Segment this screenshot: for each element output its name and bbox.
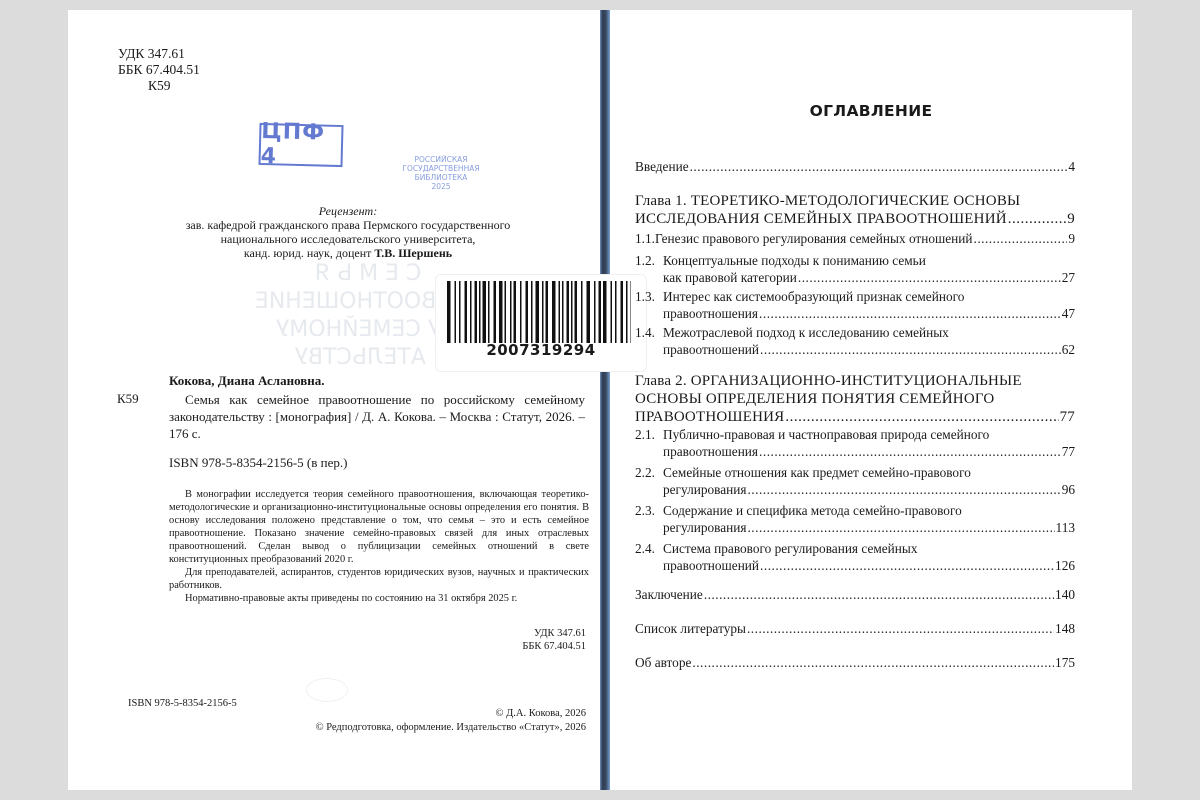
toc-entry-title: Система правового регулирования семейных <box>663 540 917 557</box>
toc-entry-title: Содержание и специфика метода семейно-пр… <box>663 502 962 519</box>
toc-entry[interactable]: 2.2.Семейные отношения как предмет семей… <box>635 464 1075 498</box>
toc-entry-title: правоотношений <box>663 557 759 574</box>
toc-title: ОГЛАВЛЕНИЕ <box>610 102 1132 120</box>
reviewer-line: национального исследовательского универс… <box>128 232 568 246</box>
author-name: Кокова, Диана Аслановна. <box>169 373 325 389</box>
contents-page: ОГЛАВЛЕНИЕ Введение4Глава 1. ТЕОРЕТИКО-М… <box>610 10 1132 790</box>
toc-leader-dots <box>1008 210 1067 228</box>
toc-entry-title: как правовой категории <box>663 269 797 286</box>
toc-page-number: 9 <box>1067 210 1075 228</box>
book-binding <box>600 10 610 790</box>
toc-page-number: 140 <box>1055 586 1075 603</box>
toc-leader-dots <box>798 269 1061 286</box>
toc-leader-dots <box>974 230 1068 247</box>
toc-section-number: 2.1. <box>635 426 663 443</box>
toc-entry-title: ПРАВООТНОШЕНИЯ <box>635 408 784 426</box>
toc-section-number: 2.2. <box>635 464 663 481</box>
toc-leader-dots <box>785 408 1058 426</box>
toc-entry-title: регулирования <box>663 519 746 536</box>
toc-entry-title: регулирования <box>663 481 746 498</box>
toc-leader-dots <box>760 557 1054 574</box>
toc-entry[interactable]: 1.1.Генезис правового регулирования семе… <box>635 230 1075 247</box>
toc-entry-title: Межотраслевой подход к исследованию семе… <box>663 324 949 341</box>
bbk-code: ББК 67.404.51 <box>118 62 200 78</box>
toc-leader-dots <box>692 654 1054 671</box>
toc-entry-title: Введение <box>635 158 689 175</box>
cpf-stamp: ЦПФ 4 <box>258 123 343 167</box>
barcode-icon <box>445 281 635 343</box>
bibliographic-entry: Семья как семейное правоотношение по рос… <box>169 391 585 442</box>
toc-section-number: 1.4. <box>635 324 663 341</box>
toc-leader-dots <box>759 305 1061 322</box>
toc-page-number: 27 <box>1062 269 1075 286</box>
reviewer-line: канд. юрид. наук, доцент Т.В. Шершень <box>128 246 568 260</box>
abstract: В монографии исследуется теория семейног… <box>169 488 589 605</box>
reviewer-name: Т.В. Шершень <box>374 246 452 260</box>
toc-entry-title: Публично-правовая и частноправовая приро… <box>663 426 989 443</box>
abstract-paragraph: Нормативно-правовые акты приведены по со… <box>169 592 589 605</box>
toc-entry[interactable]: Глава 1. ТЕОРЕТИКО-МЕТОДОЛОГИЧЕСКИЕ ОСНО… <box>635 192 1075 228</box>
toc-entry[interactable]: Список литературы148 <box>635 620 1075 637</box>
toc-entry[interactable]: 2.4.Система правового регулирования семе… <box>635 540 1075 574</box>
classification-codes-bottom: УДК 347.61 ББК 67.404.51 <box>522 627 586 653</box>
library-stamp: РОССИЙСКАЯ ГОСУДАРСТВЕННАЯ БИБЛИОТЕКА 20… <box>386 155 496 191</box>
toc-leader-dots <box>690 158 1068 175</box>
toc-entry-title: Глава 2. ОРГАНИЗАЦИОННО-ИНСТИТУЦИОНАЛЬНЫ… <box>635 372 1022 390</box>
toc-section-number: 2.4. <box>635 540 663 557</box>
toc-section-number: 1.1. <box>635 230 655 247</box>
toc-entry[interactable]: 2.3.Содержание и специфика метода семейн… <box>635 502 1075 536</box>
toc-entry-title: Список литературы <box>635 620 746 637</box>
toc-entry[interactable]: Введение4 <box>635 158 1075 175</box>
toc-leader-dots <box>704 586 1054 603</box>
toc-section-number: 1.2. <box>635 252 663 269</box>
author-mark-entry: К59 <box>117 391 139 407</box>
isbn-bottom: ISBN 978-5-8354-2156-5 <box>128 698 237 709</box>
toc-entry-title: Интерес как системообразующий признак се… <box>663 288 964 305</box>
toc-entry-title: Заключение <box>635 586 703 603</box>
toc-page-number: 148 <box>1055 620 1075 637</box>
toc-entry[interactable]: Глава 2. ОРГАНИЗАЦИОННО-ИНСТИТУЦИОНАЛЬНЫ… <box>635 372 1075 426</box>
toc-page-number: 77 <box>1062 443 1075 460</box>
toc-leader-dots <box>760 341 1061 358</box>
author-mark: К59 <box>118 78 200 94</box>
toc-entry[interactable]: 1.3.Интерес как системообразующий призна… <box>635 288 1075 322</box>
toc-page-number: 175 <box>1055 654 1075 671</box>
toc-page-number: 47 <box>1062 305 1075 322</box>
toc-entry-title: правоотношений <box>663 341 759 358</box>
toc-section-number: 2.3. <box>635 502 663 519</box>
toc-entry-title: ОСНОВЫ ОПРЕДЕЛЕНИЯ ПОНЯТИЯ СЕМЕЙНОГО <box>635 390 994 408</box>
toc-page-number: 126 <box>1055 557 1075 574</box>
copyright: © Д.А. Кокова, 2026 © Редподготовка, офо… <box>316 707 586 735</box>
reviewer-line: зав. кафедрой гражданского права Пермско… <box>128 218 568 232</box>
toc-page-number: 62 <box>1062 341 1075 358</box>
toc-leader-dots <box>747 519 1054 536</box>
toc-leader-dots <box>759 443 1061 460</box>
toc-entry-title: Глава 1. ТЕОРЕТИКО-МЕТОДОЛОГИЧЕСКИЕ ОСНО… <box>635 192 1020 210</box>
toc-entry-title: Об авторе <box>635 654 691 671</box>
toc-leader-dots <box>747 481 1060 498</box>
toc-entry-title: Концептуальные подходы к пониманию семьи <box>663 252 926 269</box>
toc-page-number: 77 <box>1060 408 1075 426</box>
publisher-logo-icon <box>306 678 348 702</box>
toc-page-number: 96 <box>1062 481 1075 498</box>
abstract-paragraph: В монографии исследуется теория семейног… <box>169 488 589 566</box>
isbn-main: ISBN 978-5-8354-2156-5 (в пер.) <box>169 455 347 471</box>
toc-page-number: 4 <box>1068 158 1075 175</box>
reviewer-block: Рецензент: зав. кафедрой гражданского пр… <box>128 204 568 260</box>
toc-leader-dots <box>747 620 1054 637</box>
toc-entry[interactable]: 2.1.Публично-правовая и частноправовая п… <box>635 426 1075 460</box>
toc-entry[interactable]: Об авторе175 <box>635 654 1075 671</box>
toc-entry[interactable]: 1.4.Межотраслевой подход к исследованию … <box>635 324 1075 358</box>
toc-entry[interactable]: 1.2.Концептуальные подходы к пониманию с… <box>635 252 1075 286</box>
classification-codes: УДК 347.61 ББК 67.404.51 К59 <box>118 46 200 94</box>
toc-entry-title: правоотношения <box>663 305 758 322</box>
toc-entry-title: правоотношения <box>663 443 758 460</box>
imprint-page: УДК 347.61 ББК 67.404.51 К59 С Е М Ь Я П… <box>68 10 600 790</box>
toc-entry-title: Генезис правового регулирования семейных… <box>655 230 973 247</box>
reviewer-label: Рецензент: <box>128 204 568 218</box>
toc-entry-title: ИССЛЕДОВАНИЯ СЕМЕЙНЫХ ПРАВООТНОШЕНИЙ <box>635 210 1007 228</box>
toc-entry[interactable]: Заключение140 <box>635 586 1075 603</box>
udk-code: УДК 347.61 <box>118 46 200 62</box>
toc-page-number: 113 <box>1056 519 1075 536</box>
toc-entry-title: Семейные отношения как предмет семейно-п… <box>663 464 971 481</box>
toc-page-number: 9 <box>1068 230 1075 247</box>
toc-section-number: 1.3. <box>635 288 663 305</box>
abstract-paragraph: Для преподавателей, аспирантов, студенто… <box>169 566 589 592</box>
